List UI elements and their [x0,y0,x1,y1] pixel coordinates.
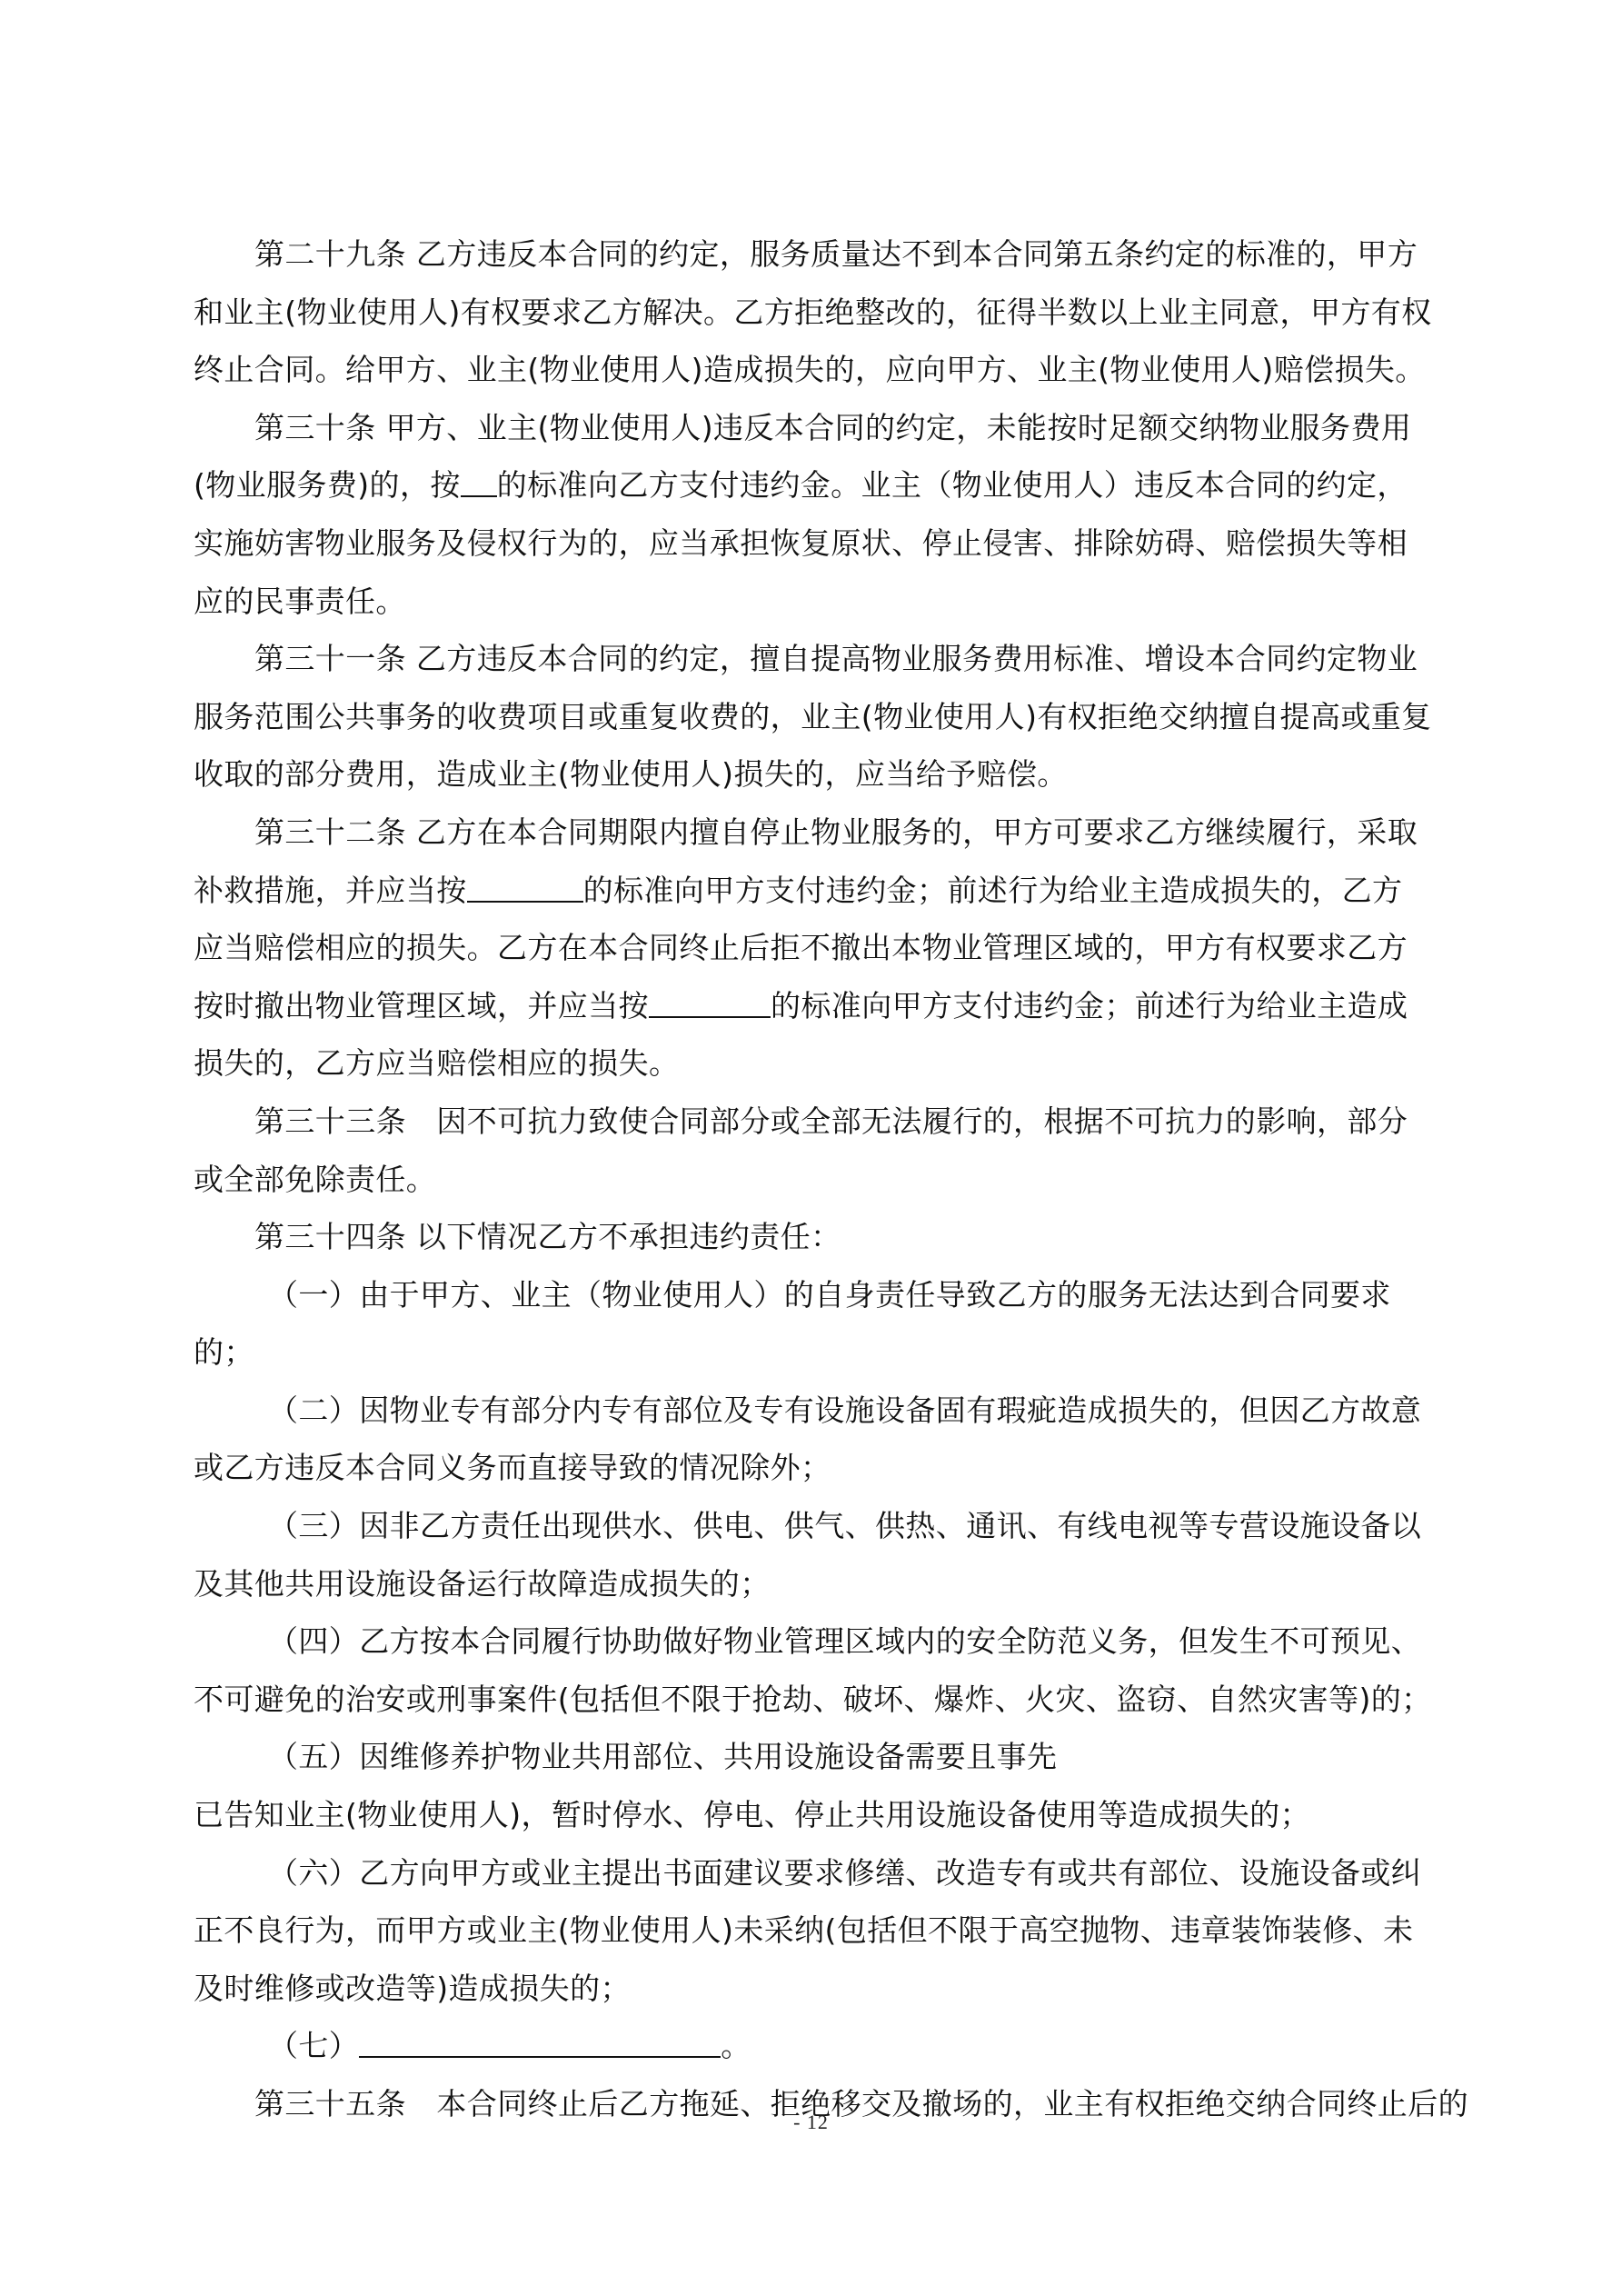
article-29-line: 第二十九条 乙方违反本合同的约定，服务质量达不到本合同第五条约定的标准的，甲方 [194,225,1466,284]
document-body: 第二十九条 乙方违反本合同的约定，服务质量达不到本合同第五条约定的标准的，甲方 … [194,225,1466,2133]
article-32-line: 应当赔偿相应的损失。乙方在本合同终止后拒不撤出本物业管理区域的，甲方有权要求乙方 [194,919,1466,977]
text-segment: 的标准向甲方支付违约金；前述行为给业主造成 [771,988,1408,1023]
article-33-line: 或全部免除责任。 [194,1151,1466,1209]
article-32: 第三十二条 乙方在本合同期限内擅自停止物业服务的，甲方可要求乙方继续履行，采取 … [194,804,1466,1093]
text-segment: 补救措施，并应当按 [194,873,467,908]
clause-item: （六）乙方向甲方或业主提出书面建议要求修缮、改造专有或共有部位、设施设备或纠 [194,1844,1466,1902]
clause-item: 及时维修或改造等)造成损失的； [194,1960,1466,2018]
clause-item: 及其他共用设施设备运行故障造成损失的； [194,1555,1466,1613]
clause-item: 正不良行为，而甲方或业主(物业使用人)未采纳(包括但不限于高空抛物、违章装饰装修… [194,1902,1466,1960]
text-segment: 的标准向乙方支付违约金。业主（物业使用人）违反本合同的约定， [497,467,1408,503]
text-segment: (物业服务费)的，按 [194,467,461,503]
clause-item: （四）乙方按本合同履行协助做好物业管理区域内的安全防范义务，但发生不可预见、 [194,1612,1466,1671]
article-30-line: 实施妨害物业服务及侵权行为的，应当承担恢复原状、停止侵害、排除妨碍、赔偿损失等相 [194,514,1466,573]
article-34: 第三十四条 以下情况乙方不承担违约责任： （一）由于甲方、业主（物业使用人）的自… [194,1208,1466,2075]
text-segment: 按时撤出物业管理区域，并应当按 [194,988,649,1023]
fill-in-blank [461,468,497,497]
article-33-line: 第三十三条 因不可抗力致使合同部分或全部无法履行的，根据不可抗力的影响，部分 [194,1093,1466,1151]
clause-item: （二）因物业专有部分内专有部位及专有设施设备固有瑕疵造成损失的，但因乙方故意 [194,1382,1466,1440]
article-32-line: 补救措施，并应当按的标准向甲方支付违约金；前述行为给业主造成损失的，乙方 [194,862,1466,920]
article-32-line: 按时撤出物业管理区域，并应当按的标准向甲方支付违约金；前述行为给业主造成 [194,977,1466,1035]
article-30: 第三十条 甲方、业主(物业使用人)违反本合同的约定，未能按时足额交纳物业服务费用… [194,399,1466,630]
clause-item: 或乙方违反本合同义务而直接导致的情况除外； [194,1439,1466,1497]
article-31-line: 服务范围公共事务的收费项目或重复收费的，业主(物业使用人)有权拒绝交纳擅自提高或… [194,688,1466,746]
article-29-line: 终止合同。给甲方、业主(物业使用人)造成损失的，应向甲方、业主(物业使用人)赔偿… [194,341,1466,399]
text-segment: 的标准向甲方支付违约金；前述行为给业主造成损失的，乙方 [583,873,1403,908]
article-30-line: (物业服务费)的，按的标准向乙方支付违约金。业主（物业使用人）违反本合同的约定， [194,456,1466,514]
clause-item: （一）由于甲方、业主（物业使用人）的自身责任导致乙方的服务无法达到合同要求 [194,1266,1466,1324]
document-page: 第二十九条 乙方违反本合同的约定，服务质量达不到本合同第五条约定的标准的，甲方 … [0,0,1622,2296]
clause-label: （七） [268,2028,359,2063]
article-31-line: 收取的部分费用，造成业主(物业使用人)损失的，应当给予赔偿。 [194,745,1466,804]
clause-item: 已告知业主(物业使用人)，暂时停水、停电、停止共用设施设备使用等造成损失的； [194,1786,1466,1844]
article-34-heading: 第三十四条 以下情况乙方不承担违约责任： [194,1208,1466,1266]
clause-item: （五）因维修养护物业共用部位、共用设施设备需要且事先 [194,1728,1466,1786]
clause-item: 的； [194,1323,1466,1382]
article-33: 第三十三条 因不可抗力致使合同部分或全部无法履行的，根据不可抗力的影响，部分 或… [194,1093,1466,1208]
article-29-line: 和业主(物业使用人)有权要求乙方解决。乙方拒绝整改的，征得半数以上业主同意，甲方… [194,284,1466,342]
clause-item: （三）因非乙方责任出现供水、供电、供气、供热、通讯、有线电视等专营设施设备以 [194,1497,1466,1555]
article-29: 第二十九条 乙方违反本合同的约定，服务质量达不到本合同第五条约定的标准的，甲方 … [194,225,1466,399]
clause-item: 不可避免的治安或刑事案件(包括但不限于抢劫、破坏、爆炸、火灾、盗窃、自然灾害等)… [194,1671,1466,1729]
article-31: 第三十一条 乙方违反本合同的约定，擅自提高物业服务费用标准、增设本合同约定物业 … [194,630,1466,804]
fill-in-blank [649,989,771,1018]
article-30-line: 第三十条 甲方、业主(物业使用人)违反本合同的约定，未能按时足额交纳物业服务费用 [194,399,1466,457]
article-30-line: 应的民事责任。 [194,573,1466,631]
article-32-line: 损失的，乙方应当赔偿相应的损失。 [194,1034,1466,1093]
clause-item: （七）。 [194,2017,1466,2075]
fill-in-blank [359,2029,721,2058]
article-32-line: 第三十二条 乙方在本合同期限内擅自停止物业服务的，甲方可要求乙方继续履行，采取 [194,804,1466,862]
article-31-line: 第三十一条 乙方违反本合同的约定，擅自提高物业服务费用标准、增设本合同约定物业 [194,630,1466,688]
page-number: - 12 [0,2111,1622,2134]
fill-in-blank [467,873,583,903]
text-segment: 。 [721,2028,751,2063]
